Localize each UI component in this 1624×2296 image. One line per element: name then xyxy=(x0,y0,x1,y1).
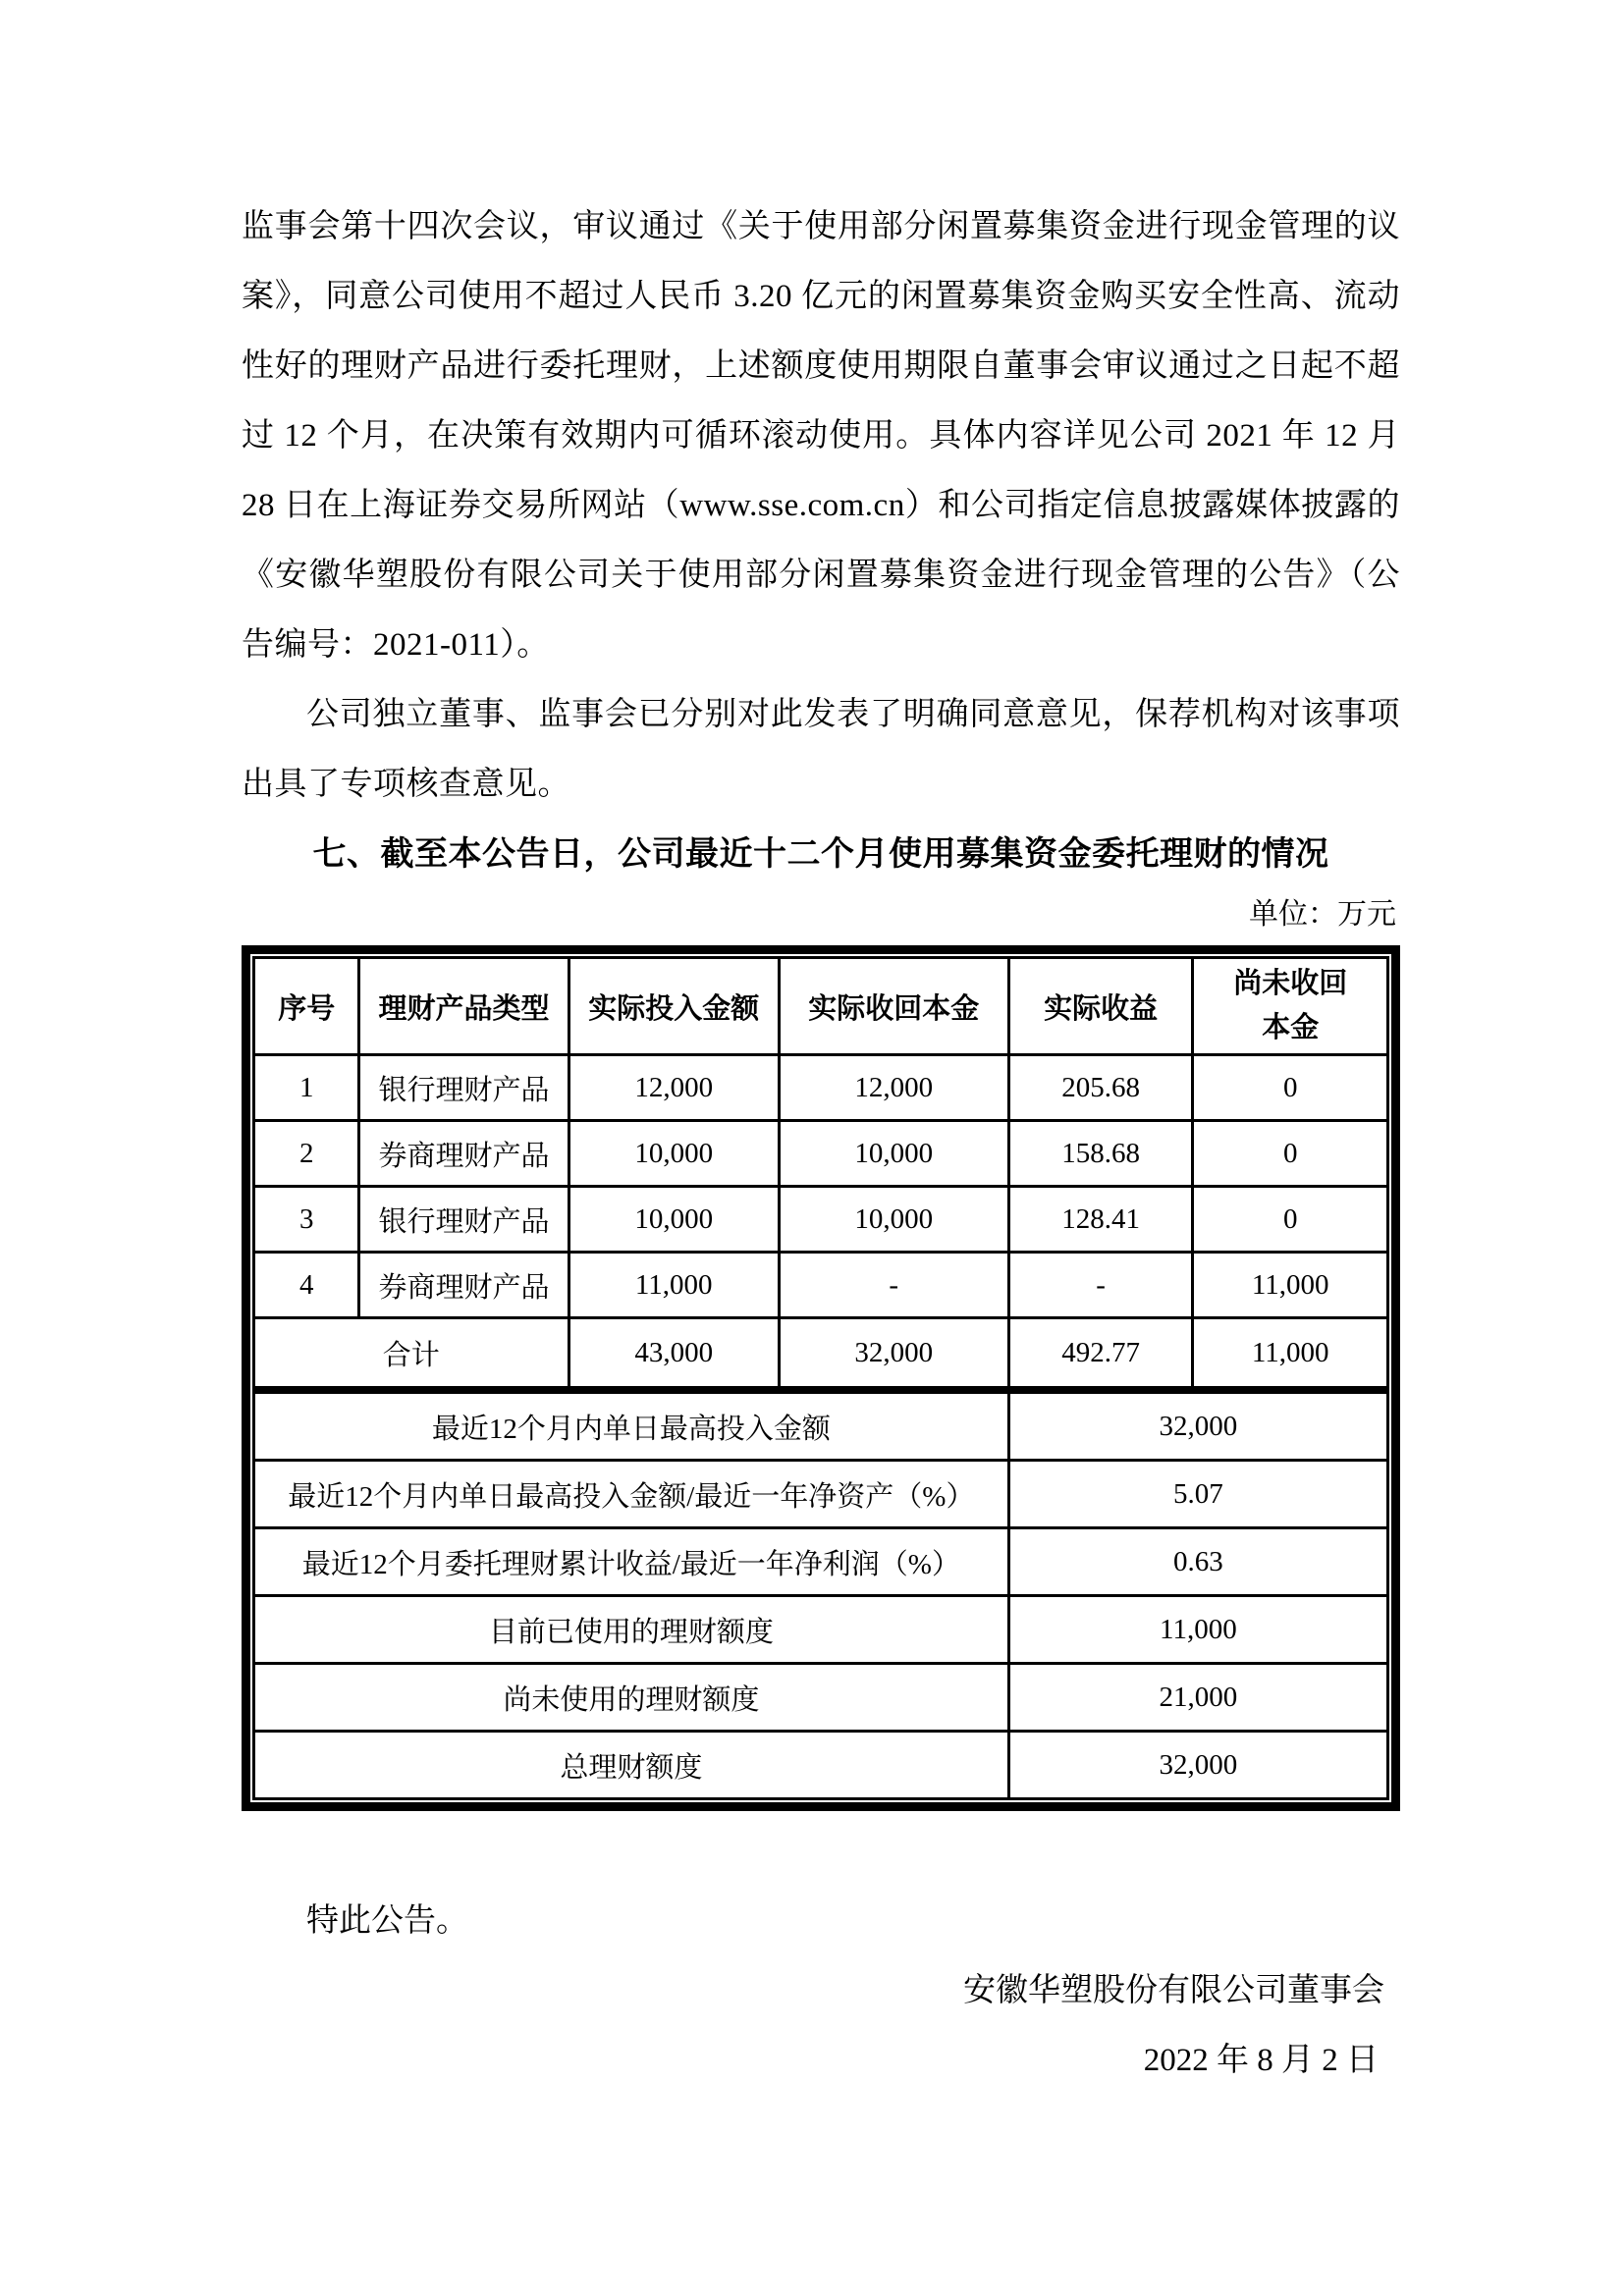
summary-row: 最近12个月内单日最高投入金额/最近一年净资产（%） 5.07 xyxy=(255,1461,1386,1528)
summary-label: 最近12个月内单日最高投入金额 xyxy=(255,1394,1008,1461)
paragraph-block: 监事会第十四次会议，审议通过《关于使用部分闲置募集资金进行现金管理的议 案》，同… xyxy=(242,192,1400,820)
header-cell-seq: 序号 xyxy=(255,959,359,1055)
total-recovered-principal: 32,000 xyxy=(779,1318,1008,1387)
cell-invested: 11,000 xyxy=(568,1253,779,1318)
total-invested: 43,000 xyxy=(568,1318,779,1387)
summary-label: 目前已使用的理财额度 xyxy=(255,1596,1008,1664)
signature-date: 2022 年 8 月 2 日 xyxy=(242,2026,1400,2096)
footer-block: 特此公告。 安徽华塑股份有限公司董事会 2022 年 8 月 2 日 xyxy=(242,1887,1400,2096)
header-cell-invested: 实际投入金额 xyxy=(568,959,779,1055)
summary-row: 目前已使用的理财额度 11,000 xyxy=(255,1596,1386,1664)
header-cell-outstanding-principal-text: 尚未收回本金 xyxy=(1225,962,1356,1050)
header-cell-product-type: 理财产品类型 xyxy=(359,959,568,1055)
header-cell-actual-return: 实际收益 xyxy=(1008,959,1193,1055)
total-label-cell: 合计 xyxy=(255,1318,568,1387)
summary-value: 32,000 xyxy=(1008,1732,1386,1798)
cell-recovered-principal: 10,000 xyxy=(779,1121,1008,1187)
cell-recovered-principal: 10,000 xyxy=(779,1187,1008,1253)
table-header-row: 序号 理财产品类型 实际投入金额 实际收回本金 实际收益 尚未收回本金 xyxy=(255,959,1386,1055)
cell-invested: 12,000 xyxy=(568,1055,779,1121)
cell-product-type: 券商理财产品 xyxy=(359,1253,568,1318)
cell-recovered-principal: - xyxy=(779,1253,1008,1318)
cell-outstanding-principal: 0 xyxy=(1193,1187,1386,1253)
cell-seq: 1 xyxy=(255,1055,359,1121)
summary-row: 最近12个月委托理财累计收益/最近一年净利润（%） 0.63 xyxy=(255,1528,1386,1596)
cell-seq: 4 xyxy=(255,1253,359,1318)
wealth-management-table: 序号 理财产品类型 实际投入金额 实际收回本金 实际收益 尚未收回本金 1 银行… xyxy=(252,956,1389,1800)
cell-invested: 10,000 xyxy=(568,1121,779,1187)
table-total-row: 合计 43,000 32,000 492.77 11,000 xyxy=(255,1318,1386,1387)
body-line: 性好的理财产品进行委托理财，上述额度使用期限自董事会审议通过之日起不超 xyxy=(242,332,1400,401)
signature-company: 安徽华塑股份有限公司董事会 xyxy=(242,1956,1400,2026)
cell-actual-return: 158.68 xyxy=(1008,1121,1193,1187)
cell-product-type: 银行理财产品 xyxy=(359,1055,568,1121)
document-content: 监事会第十四次会议，审议通过《关于使用部分闲置募集资金进行现金管理的议 案》，同… xyxy=(242,192,1400,2096)
table-row: 2 券商理财产品 10,000 10,000 158.68 0 xyxy=(255,1121,1386,1187)
summary-label: 最近12个月内单日最高投入金额/最近一年净资产（%） xyxy=(255,1461,1008,1528)
cell-invested: 10,000 xyxy=(568,1187,779,1253)
body-line: 监事会第十四次会议，审议通过《关于使用部分闲置募集资金进行现金管理的议 xyxy=(242,192,1400,262)
body-line: 《安徽华塑股份有限公司关于使用部分闲置募集资金进行现金管理的公告》（公 xyxy=(242,541,1400,611)
body-line: 出具了专项核查意见。 xyxy=(242,750,1400,820)
cell-actual-return: - xyxy=(1008,1253,1193,1318)
table-section-divider xyxy=(255,1386,1386,1394)
summary-table: 最近12个月内单日最高投入金额 32,000 最近12个月内单日最高投入金额/最… xyxy=(255,1394,1386,1797)
total-outstanding-principal: 11,000 xyxy=(1193,1318,1386,1387)
summary-value: 11,000 xyxy=(1008,1596,1386,1664)
cell-seq: 2 xyxy=(255,1121,359,1187)
summary-value: 0.63 xyxy=(1008,1528,1386,1596)
cell-outstanding-principal: 0 xyxy=(1193,1055,1386,1121)
body-line: 过 12 个月，在决策有效期内可循环滚动使用。具体内容详见公司 2021 年 1… xyxy=(242,401,1400,471)
summary-row: 最近12个月内单日最高投入金额 32,000 xyxy=(255,1394,1386,1461)
cell-outstanding-principal: 0 xyxy=(1193,1121,1386,1187)
summary-row: 尚未使用的理财额度 21,000 xyxy=(255,1664,1386,1732)
unit-label: 单位：万元 xyxy=(242,889,1400,940)
table-row: 1 银行理财产品 12,000 12,000 205.68 0 xyxy=(255,1055,1386,1121)
cell-product-type: 银行理财产品 xyxy=(359,1187,568,1253)
body-line: 告编号：2021-011）。 xyxy=(242,611,1400,680)
document-page: 监事会第十四次会议，审议通过《关于使用部分闲置募集资金进行现金管理的议 案》，同… xyxy=(0,0,1624,2296)
summary-label: 最近12个月委托理财累计收益/最近一年净利润（%） xyxy=(255,1528,1008,1596)
table-row: 3 银行理财产品 10,000 10,000 128.41 0 xyxy=(255,1187,1386,1253)
summary-label: 尚未使用的理财额度 xyxy=(255,1664,1008,1732)
cell-seq: 3 xyxy=(255,1187,359,1253)
cell-actual-return: 205.68 xyxy=(1008,1055,1193,1121)
body-line: 28 日在上海证券交易所网站（www.sse.com.cn）和公司指定信息披露媒… xyxy=(242,471,1400,541)
closing-statement: 特此公告。 xyxy=(242,1887,1400,1956)
cell-outstanding-principal: 11,000 xyxy=(1193,1253,1386,1318)
summary-row: 总理财额度 32,000 xyxy=(255,1732,1386,1798)
summary-label: 总理财额度 xyxy=(255,1732,1008,1798)
summary-value: 5.07 xyxy=(1008,1461,1386,1528)
section-heading: 七、截至本公告日，公司最近十二个月使用募集资金委托理财的情况 xyxy=(242,820,1400,889)
cell-actual-return: 128.41 xyxy=(1008,1187,1193,1253)
detail-table: 序号 理财产品类型 实际投入金额 实际收回本金 实际收益 尚未收回本金 1 银行… xyxy=(255,959,1386,1386)
cell-product-type: 券商理财产品 xyxy=(359,1121,568,1187)
table-row: 4 券商理财产品 11,000 - - 11,000 xyxy=(255,1253,1386,1318)
cell-recovered-principal: 12,000 xyxy=(779,1055,1008,1121)
summary-value: 21,000 xyxy=(1008,1664,1386,1732)
header-cell-outstanding-principal: 尚未收回本金 xyxy=(1193,959,1386,1055)
body-line: 案》，同意公司使用不超过人民币 3.20 亿元的闲置募集资金购买安全性高、流动 xyxy=(242,262,1400,332)
total-actual-return: 492.77 xyxy=(1008,1318,1193,1387)
header-cell-recovered-principal: 实际收回本金 xyxy=(779,959,1008,1055)
body-line: 公司独立董事、监事会已分别对此发表了明确同意意见，保荐机构对该事项 xyxy=(242,680,1400,750)
summary-value: 32,000 xyxy=(1008,1394,1386,1461)
